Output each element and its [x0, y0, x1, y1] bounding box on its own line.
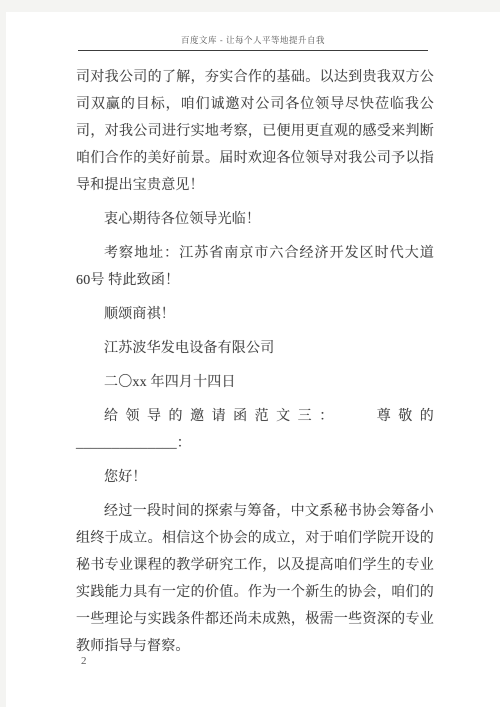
- paragraph-association-intro: 经过一段时间的探索与筹备，中文系秘书协会筹备小组终于成立。相信这个协会的成立，对…: [76, 498, 434, 660]
- document-page: 百度文库 - 让每个人平等地提升自我 司对我公司的了解，夯实合作的基础。以达到贵…: [6, 12, 500, 707]
- paragraph-letter3-salutation: 给领导的邀请函范文三： 尊敬的______________：: [76, 403, 434, 457]
- paragraph-company-signature: 江苏波华发电设备有限公司: [76, 335, 434, 362]
- paragraph-date: 二〇xx 年四月十四日: [76, 369, 434, 396]
- header-divider: [78, 50, 428, 51]
- wenku-brand-text: 百度文库 - 让每个人平等地提升自我: [6, 34, 500, 46]
- document-header: 百度文库 - 让每个人平等地提升自我: [6, 12, 500, 51]
- paragraph-address: 考察地址：江苏省南京市六合经济开发区时代大道 60号 特此致函！: [76, 240, 434, 294]
- paragraph-greeting: 您好！: [76, 464, 434, 491]
- paragraph-continuation: 司对我公司的了解，夯实合作的基础。以达到贵我双方公司双赢的目标，咱们诚邀对公司各…: [76, 64, 434, 199]
- app-background: 百度文库 - 让每个人平等地提升自我 司对我公司的了解，夯实合作的基础。以达到贵…: [0, 0, 500, 707]
- document-body: 司对我公司的了解，夯实合作的基础。以达到贵我双方公司双赢的目标，咱们诚邀对公司各…: [76, 64, 434, 660]
- paragraph-regards: 顺颂商祺！: [76, 301, 434, 328]
- page-number: 2: [81, 655, 87, 667]
- paragraph-expectation: 衷心期待各位领导光临！: [76, 206, 434, 233]
